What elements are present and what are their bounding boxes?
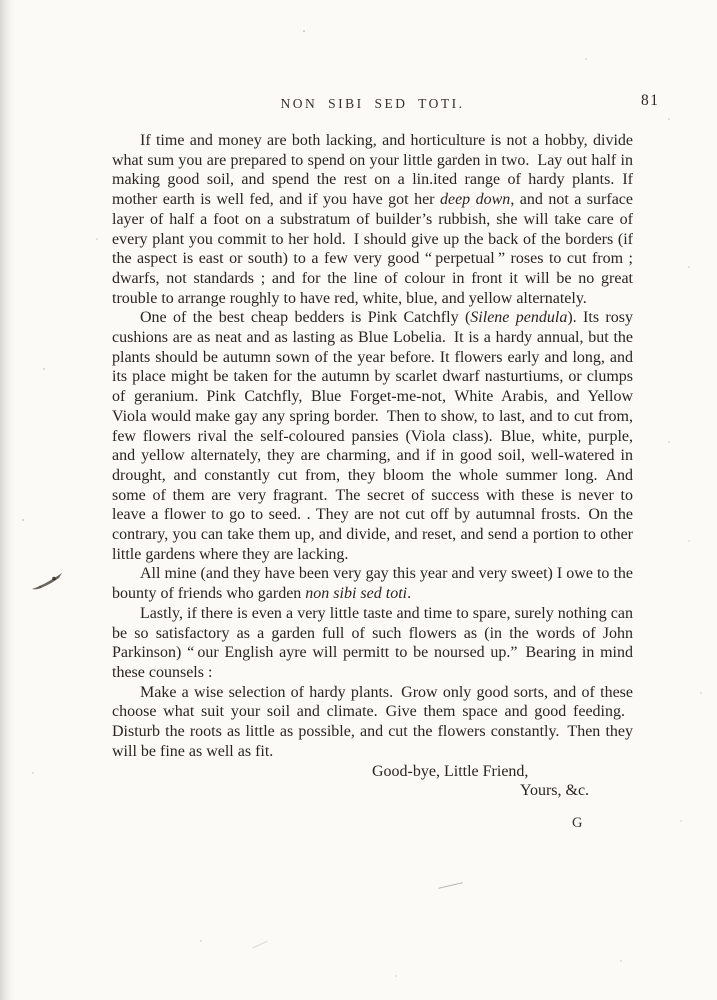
running-head: NON SIBI SED TOTI.	[112, 95, 633, 113]
paragraph: All mine (and they have been very gay th…	[112, 564, 633, 603]
body-paragraphs: If time and money are both lacking, and …	[112, 131, 633, 762]
pencil-scratch-mark	[253, 941, 268, 949]
pencil-scratch-mark	[438, 882, 463, 889]
paragraph: If time and money are both lacking, and …	[112, 131, 633, 308]
book-page: NON SIBI SED TOTI. 81 If time and money …	[0, 0, 717, 1000]
gutter-shadow	[0, 0, 15, 1000]
page-number: 81	[641, 92, 660, 110]
paragraph: Lastly, if there is even a very little t…	[112, 604, 633, 683]
ink-smudge-mark	[31, 572, 64, 593]
paper-specks	[0, 0, 2, 2]
body-text: If time and money are both lacking, and …	[112, 131, 633, 834]
closing-line-2: Yours, &c.	[112, 781, 633, 801]
running-title: NON SIBI SED TOTI.	[280, 96, 464, 111]
closing-line-1: Good-bye, Little Friend,	[112, 762, 633, 782]
paragraph: One of the best cheap bedders is Pink Ca…	[112, 308, 633, 564]
paragraph: Make a wise selection of hardy plants. G…	[112, 683, 633, 762]
printer-signature-mark: G	[112, 814, 633, 834]
